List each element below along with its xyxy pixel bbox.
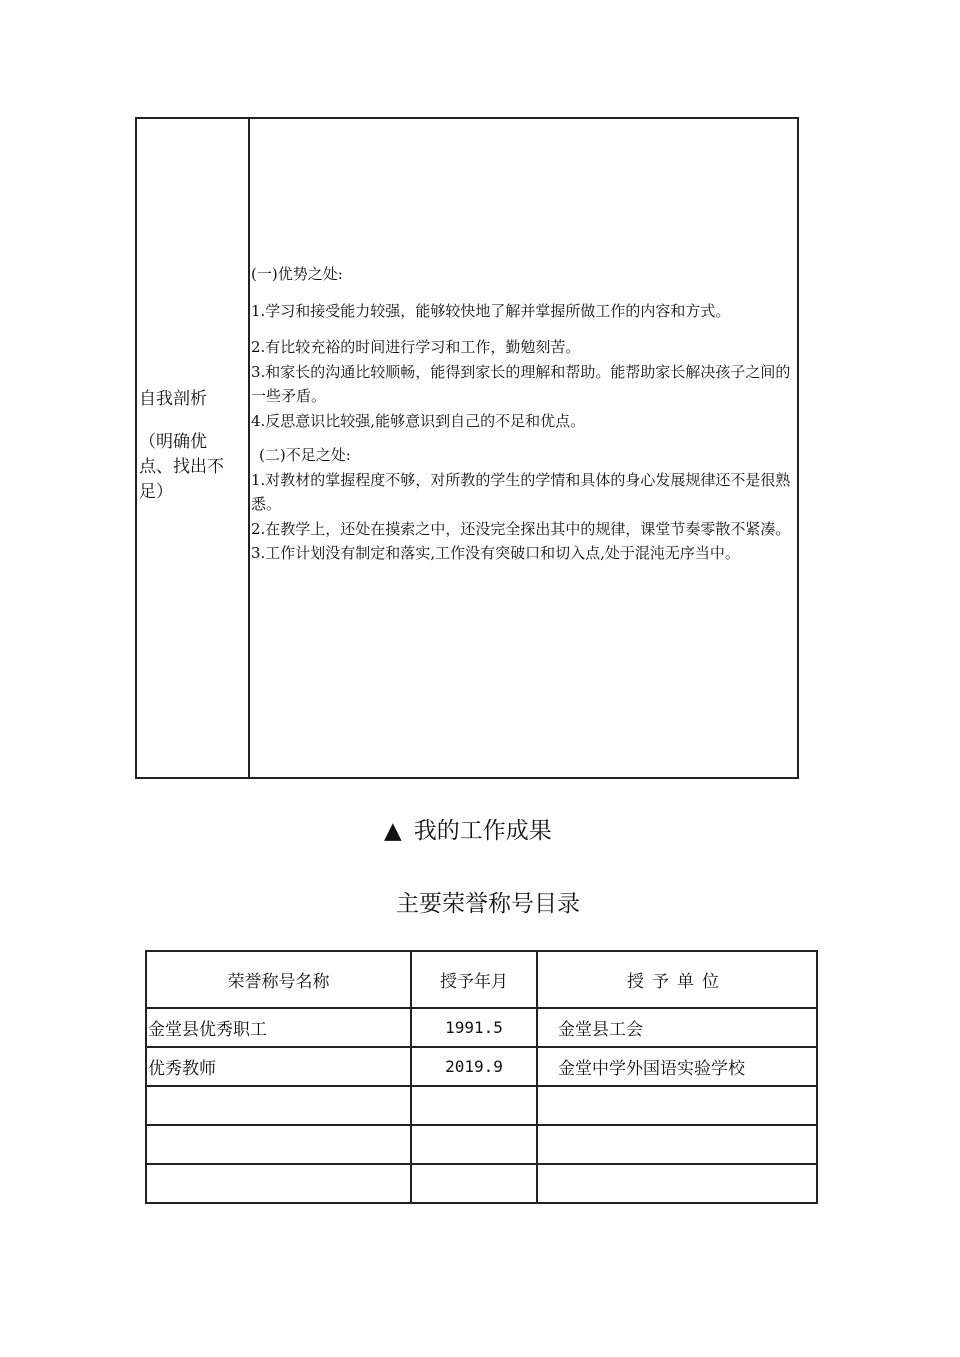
weaknesses-title: (二)不足之处:	[251, 443, 793, 468]
table-row: 金堂县优秀职工 1991.5 金堂县工会	[146, 1008, 817, 1047]
weakness-item: 1.对教材的掌握程度不够，对所教的学生的学情和具体的身心发展规律还不是很熟悉。	[251, 468, 793, 517]
triangle-icon: ▲	[384, 818, 402, 844]
label-main: 自我剖析	[139, 387, 247, 412]
cell-honor-name	[146, 1125, 411, 1164]
table-row: 优秀教师 2019.9 金堂中学外国语实验学校	[146, 1047, 817, 1086]
strength-item: 4.反思意识比较强,能够意识到自己的不足和优点。	[251, 409, 793, 434]
strength-item: 1.学习和接受能力较强，能够较快地了解并掌握所做工作的内容和方式。	[251, 299, 793, 324]
self-analysis-content-cell: (一)优势之处: 1.学习和接受能力较强，能够较快地了解并掌握所做工作的内容和方…	[250, 119, 797, 777]
label-sub-line1: （明确优	[139, 430, 247, 455]
header-unit: 授予单位	[537, 951, 817, 1008]
cell-honor-name: 金堂县优秀职工	[146, 1008, 411, 1047]
cell-unit: 金堂中学外国语实验学校	[537, 1047, 817, 1086]
strength-item: 3.和家长的沟通比较顺畅，能得到家长的理解和帮助。能帮助家长解决孩子之间的一些矛…	[251, 360, 793, 409]
label-sub-line2: 点、找出不	[139, 455, 247, 480]
header-date: 授予年月	[411, 951, 537, 1008]
honors-subtitle: 主要荣誉称号目录	[396, 885, 580, 918]
self-analysis-label-cell: 自我剖析 （明确优 点、找出不 足）	[137, 119, 250, 777]
cell-date	[411, 1086, 537, 1125]
cell-date: 1991.5	[411, 1008, 537, 1047]
cell-honor-name	[146, 1164, 411, 1203]
table-header-row: 荣誉称号名称 授予年月 授予单位	[146, 951, 817, 1008]
table-row	[146, 1086, 817, 1125]
self-analysis-label: 自我剖析 （明确优 点、找出不 足）	[139, 387, 247, 505]
cell-unit	[537, 1125, 817, 1164]
cell-date: 2019.9	[411, 1047, 537, 1086]
cell-date	[411, 1164, 537, 1203]
self-analysis-table: 自我剖析 （明确优 点、找出不 足） (一)优势之处: 1.学习和接受能力较强，…	[135, 117, 799, 779]
section-heading: ▲我的工作成果	[384, 812, 552, 845]
table-row	[146, 1164, 817, 1203]
cell-honor-name	[146, 1086, 411, 1125]
strengths-title: (一)优势之处:	[251, 262, 793, 287]
cell-honor-name: 优秀教师	[146, 1047, 411, 1086]
strength-item: 2.有比较充裕的时间进行学习和工作，勤勉刻苦。	[251, 335, 793, 360]
self-analysis-content: (一)优势之处: 1.学习和接受能力较强，能够较快地了解并掌握所做工作的内容和方…	[251, 262, 793, 566]
honors-table: 荣誉称号名称 授予年月 授予单位 金堂县优秀职工 1991.5 金堂县工会 优秀…	[145, 950, 818, 1204]
cell-unit	[537, 1164, 817, 1203]
section-title: 我的工作成果	[414, 818, 552, 844]
weakness-item: 3.工作计划没有制定和落实,工作没有突破口和切入点,处于混沌无序当中。	[251, 541, 793, 566]
cell-unit	[537, 1086, 817, 1125]
cell-date	[411, 1125, 537, 1164]
header-honor-name: 荣誉称号名称	[146, 951, 411, 1008]
cell-unit: 金堂县工会	[537, 1008, 817, 1047]
table-row	[146, 1125, 817, 1164]
label-sub-line3: 足）	[139, 480, 247, 505]
weakness-item: 2.在教学上，还处在摸索之中，还没完全探出其中的规律，课堂节奏零散不紧凑。	[251, 517, 793, 542]
